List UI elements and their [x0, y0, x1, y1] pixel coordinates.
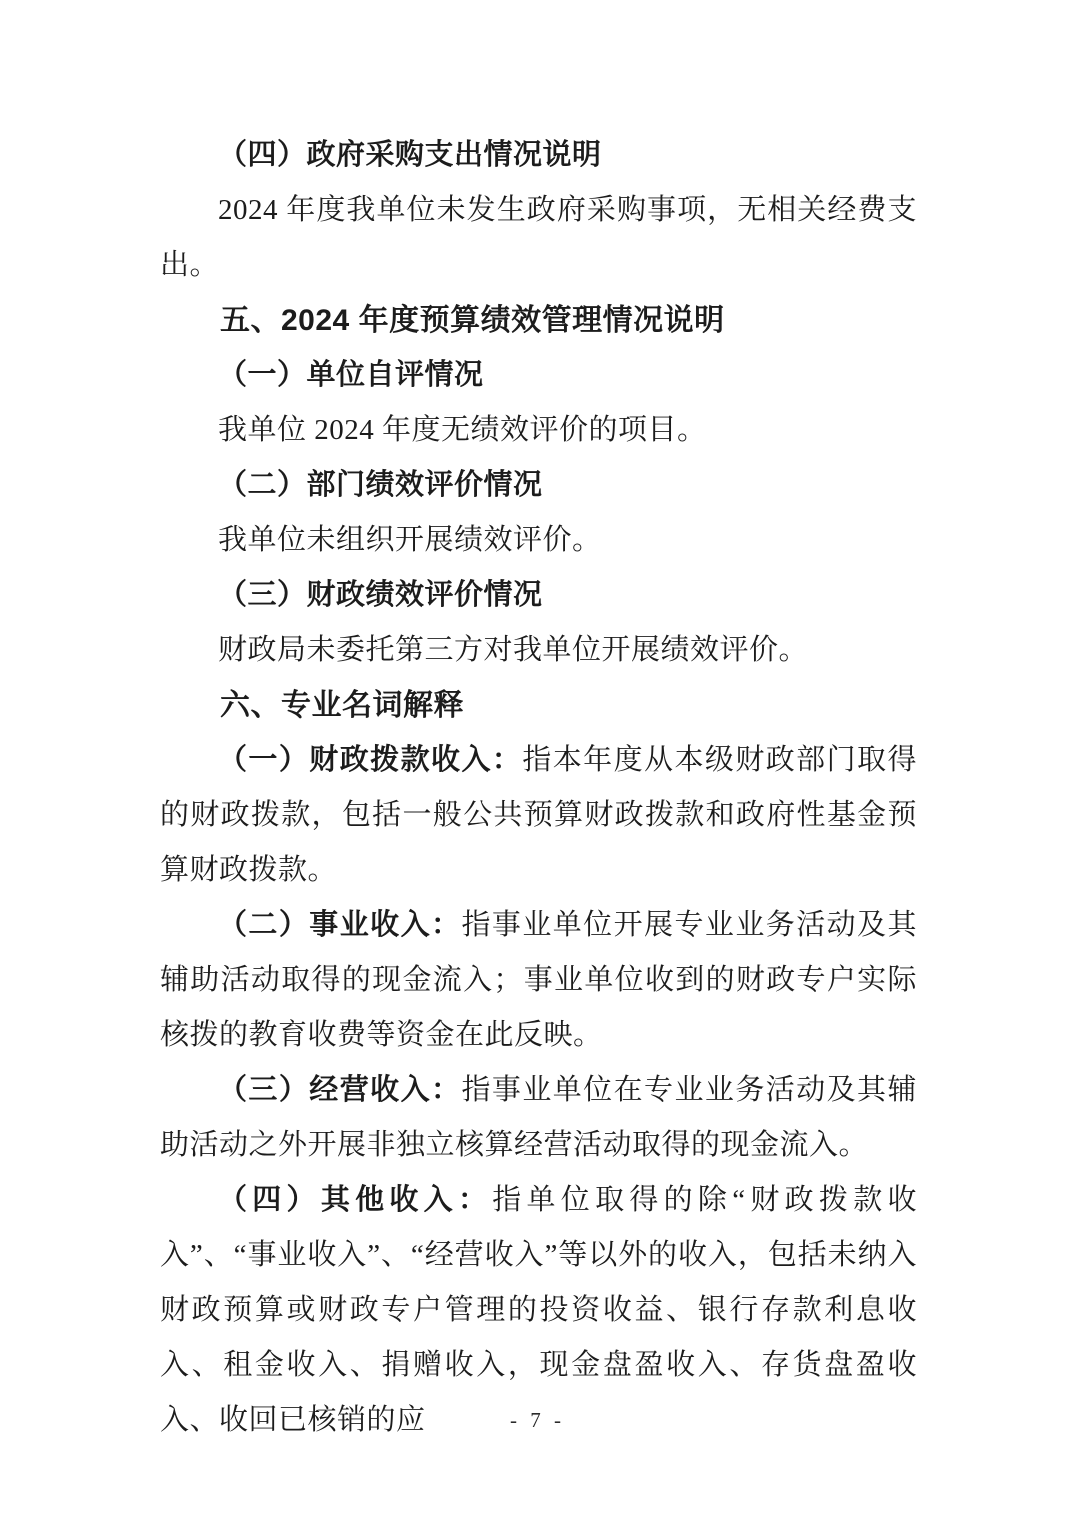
- sub-heading: （四）政府采购支出情况说明: [160, 128, 917, 183]
- page-number: - 7 -: [0, 1408, 1075, 1433]
- definition-paragraph: （四）其他收入：指单位取得的除“财政拨款收入”、“事业收入”、“经营收入”等以外…: [160, 1173, 917, 1448]
- paragraph: 我单位未组织开展绩效评价。: [160, 513, 917, 568]
- sub-heading: （一）单位自评情况: [160, 348, 917, 403]
- definition-paragraph: （二）事业收入：指事业单位开展专业业务活动及其辅助活动取得的现金流入；事业单位收…: [160, 898, 917, 1063]
- definition-paragraph: （三）经营收入：指事业单位在专业业务活动及其辅助活动之外开展非独立核算经营活动取…: [160, 1063, 917, 1173]
- sub-heading: （二）部门绩效评价情况: [160, 458, 917, 513]
- paragraph: 我单位 2024 年度无绩效评价的项目。: [160, 403, 917, 458]
- document-page: （四）政府采购支出情况说明2024 年度我单位未发生政府采购事项，无相关经费支出…: [0, 0, 1075, 1520]
- section-heading: 五、2024 年度预算绩效管理情况说明: [160, 293, 917, 348]
- definition-paragraph: （一）财政拨款收入：指本年度从本级财政部门取得的财政拨款，包括一般公共预算财政拨…: [160, 733, 917, 898]
- document-body: （四）政府采购支出情况说明2024 年度我单位未发生政府采购事项，无相关经费支出…: [160, 128, 917, 1448]
- definition-term: （二）事业收入：: [218, 909, 461, 941]
- definition-term: （三）经营收入：: [218, 1074, 461, 1106]
- sub-heading: （三）财政绩效评价情况: [160, 568, 917, 623]
- paragraph: 2024 年度我单位未发生政府采购事项，无相关经费支出。: [160, 183, 917, 293]
- definition-term: （一）财政拨款收入：: [218, 744, 522, 776]
- section-heading: 六、专业名词解释: [160, 678, 917, 733]
- definition-term: （四）其他收入：: [218, 1184, 492, 1216]
- paragraph: 财政局未委托第三方对我单位开展绩效评价。: [160, 623, 917, 678]
